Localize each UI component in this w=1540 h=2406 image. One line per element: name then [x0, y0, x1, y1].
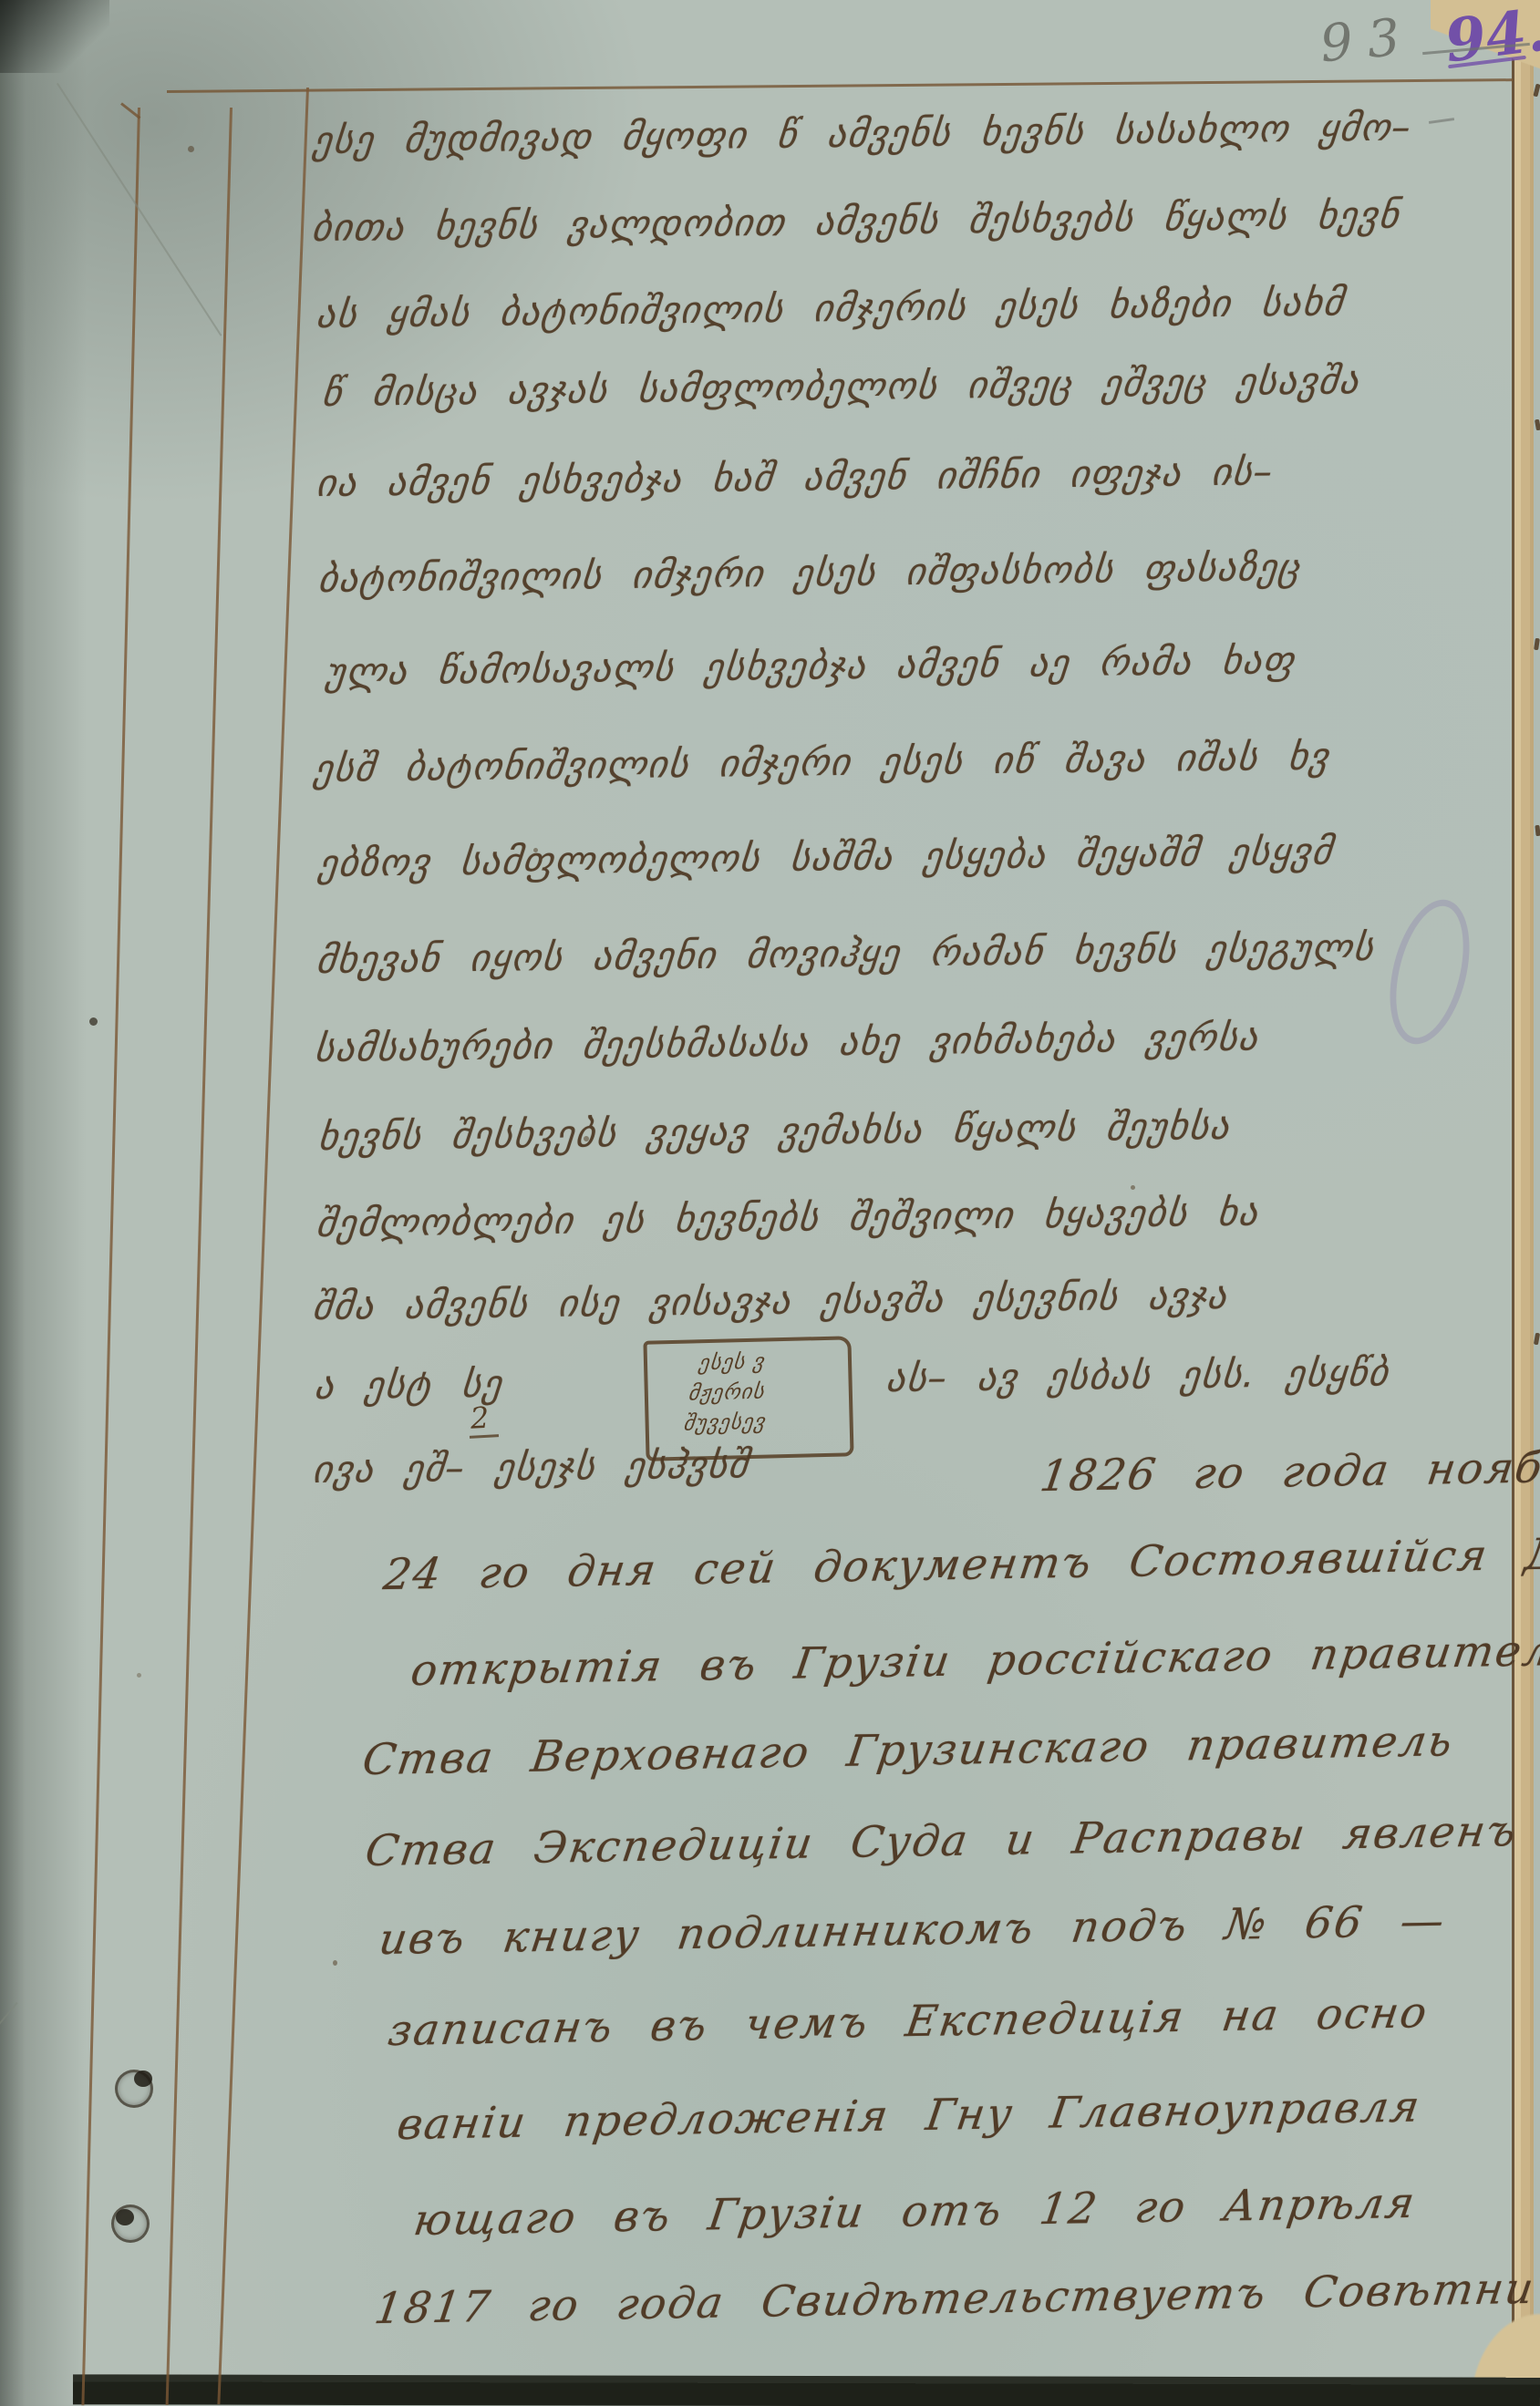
georgian-line: ულა წამოსავალს ესხვებჯა ამვენ აე რამა ხა… — [324, 638, 1298, 694]
ink-speck — [188, 146, 194, 152]
georgian-line: მხევან იყოს ამვენი მოვიჰყე რამან ხევნს ე… — [315, 925, 1378, 982]
georgian-line: ხევნს შესხვებს ვეყავ ვემახსა წყალს შეუხს… — [316, 1104, 1233, 1159]
page-fore-edge — [1512, 0, 1534, 2406]
purple-ghost-mark — [1377, 892, 1483, 1053]
georgian-line: ესე მუდმივად მყოფი წ ამვენს ხევნს სასახლ… — [311, 105, 1414, 162]
notary-box-line: მჟერის — [687, 1375, 851, 1409]
ink-speck — [1226, 474, 1232, 479]
georgian-line: ბითა ხევნს ვალდობით ამვენს შესხვებს წყალ… — [310, 192, 1402, 250]
georgian-line: ას ყმას ბატონიშვილის იმჯერის ესეს ხაზები… — [315, 280, 1347, 336]
russian-line: Ства Верховнаго Грузинскаго правитель — [359, 1716, 1457, 1785]
russian-line: 24 го дня сей документъ Состоявшійся До — [380, 1529, 1540, 1600]
russian-line: 1817 го года Свидѣтельствуетъ Совѣтни — [371, 2264, 1538, 2334]
ink-speck — [137, 1673, 141, 1678]
georgian-line: ებზოვ სამფლობელოს საშმა ესყება შეყაშმ ეს… — [316, 829, 1336, 885]
georgian-line: შემლობლები ეს ხევნებს შეშვილი ხყავებს ხა — [315, 1190, 1262, 1245]
marginal-digit: 2 — [468, 1399, 499, 1439]
manuscript-page: 93 94. ესე მუდმივად მყოფი წ ამვენს ხევნს… — [0, 0, 1540, 2406]
russian-line: открытія въ Грузіи россійскаго правитель — [408, 1626, 1540, 1696]
notary-box-line: შუვესევ — [682, 1405, 852, 1440]
ink-speck — [333, 1960, 337, 1966]
notary-box-line: ესეს ვ — [697, 1345, 850, 1379]
ruled-line-vertical-2 — [166, 108, 233, 2405]
paper-crease — [0, 2002, 18, 2241]
punch-hole — [115, 2070, 153, 2108]
next-page-sliver — [1534, 0, 1540, 2406]
georgian-line-fragment: ივა ეშ– ესეჯს ესჰვსშ — [311, 1442, 752, 1492]
georgian-line: ბატონიშვილის იმჯერი ესეს იშფასხობს ფასაზ… — [316, 545, 1304, 601]
russian-line: 1826 го года ноября — [1037, 1441, 1540, 1502]
russian-line: ивъ книгу подлинникомъ подъ № 66 — — [376, 1896, 1449, 1966]
ruled-line-vertical-3 — [217, 88, 309, 2404]
georgian-line-suffix: ას– ავ ესბას ესს. ესყწბ — [884, 1350, 1392, 1400]
ink-speck — [584, 1136, 589, 1141]
binding-shadow-bottom — [73, 2374, 1540, 2406]
ink-speck — [89, 1017, 98, 1026]
punch-hole — [111, 2205, 150, 2243]
edge-ink-mark — [1535, 419, 1540, 431]
georgian-line: სამსახურები შეესხმასასა ახე ვიხმახება ვე… — [313, 1015, 1262, 1070]
ruled-line-vertical-1 — [81, 108, 140, 2405]
russian-line: Ства Экспедиціи Суда и Расправы явленъ — [362, 1806, 1521, 1876]
georgian-line: წ მისცა ავჯას სამფლობელოს იშვეც ეშვეც ეს… — [320, 358, 1362, 415]
folio-number-pencil: 93 — [1318, 7, 1417, 75]
pencil-dash-margin — [1429, 118, 1454, 124]
edge-ink-mark — [1535, 825, 1540, 836]
binding-shadow-top-left — [0, 0, 109, 73]
russian-line: ющаго въ Грузіи отъ 12 го Апрѣля — [410, 2178, 1419, 2246]
georgian-line: შმა ამვენს ისე ვისავჯა ესავშა ესევნის ავ… — [311, 1274, 1231, 1328]
georgian-line: ია ამვენ ესხვებჯა ხაშ ამვენ იშჩნი იფეჯა … — [315, 449, 1276, 505]
georgian-line: ესშ ბატონიშვილის იმჯერი ესეს იწ შავა იშა… — [312, 734, 1332, 790]
ruled-line-top — [167, 78, 1514, 93]
russian-line: ваніи предложенія Гну Главноуправля — [394, 2081, 1424, 2150]
ink-speck — [533, 848, 538, 852]
ink-speck — [1131, 1185, 1135, 1190]
russian-line: записанъ въ чемъ Експедиція на осно — [385, 1988, 1431, 2056]
